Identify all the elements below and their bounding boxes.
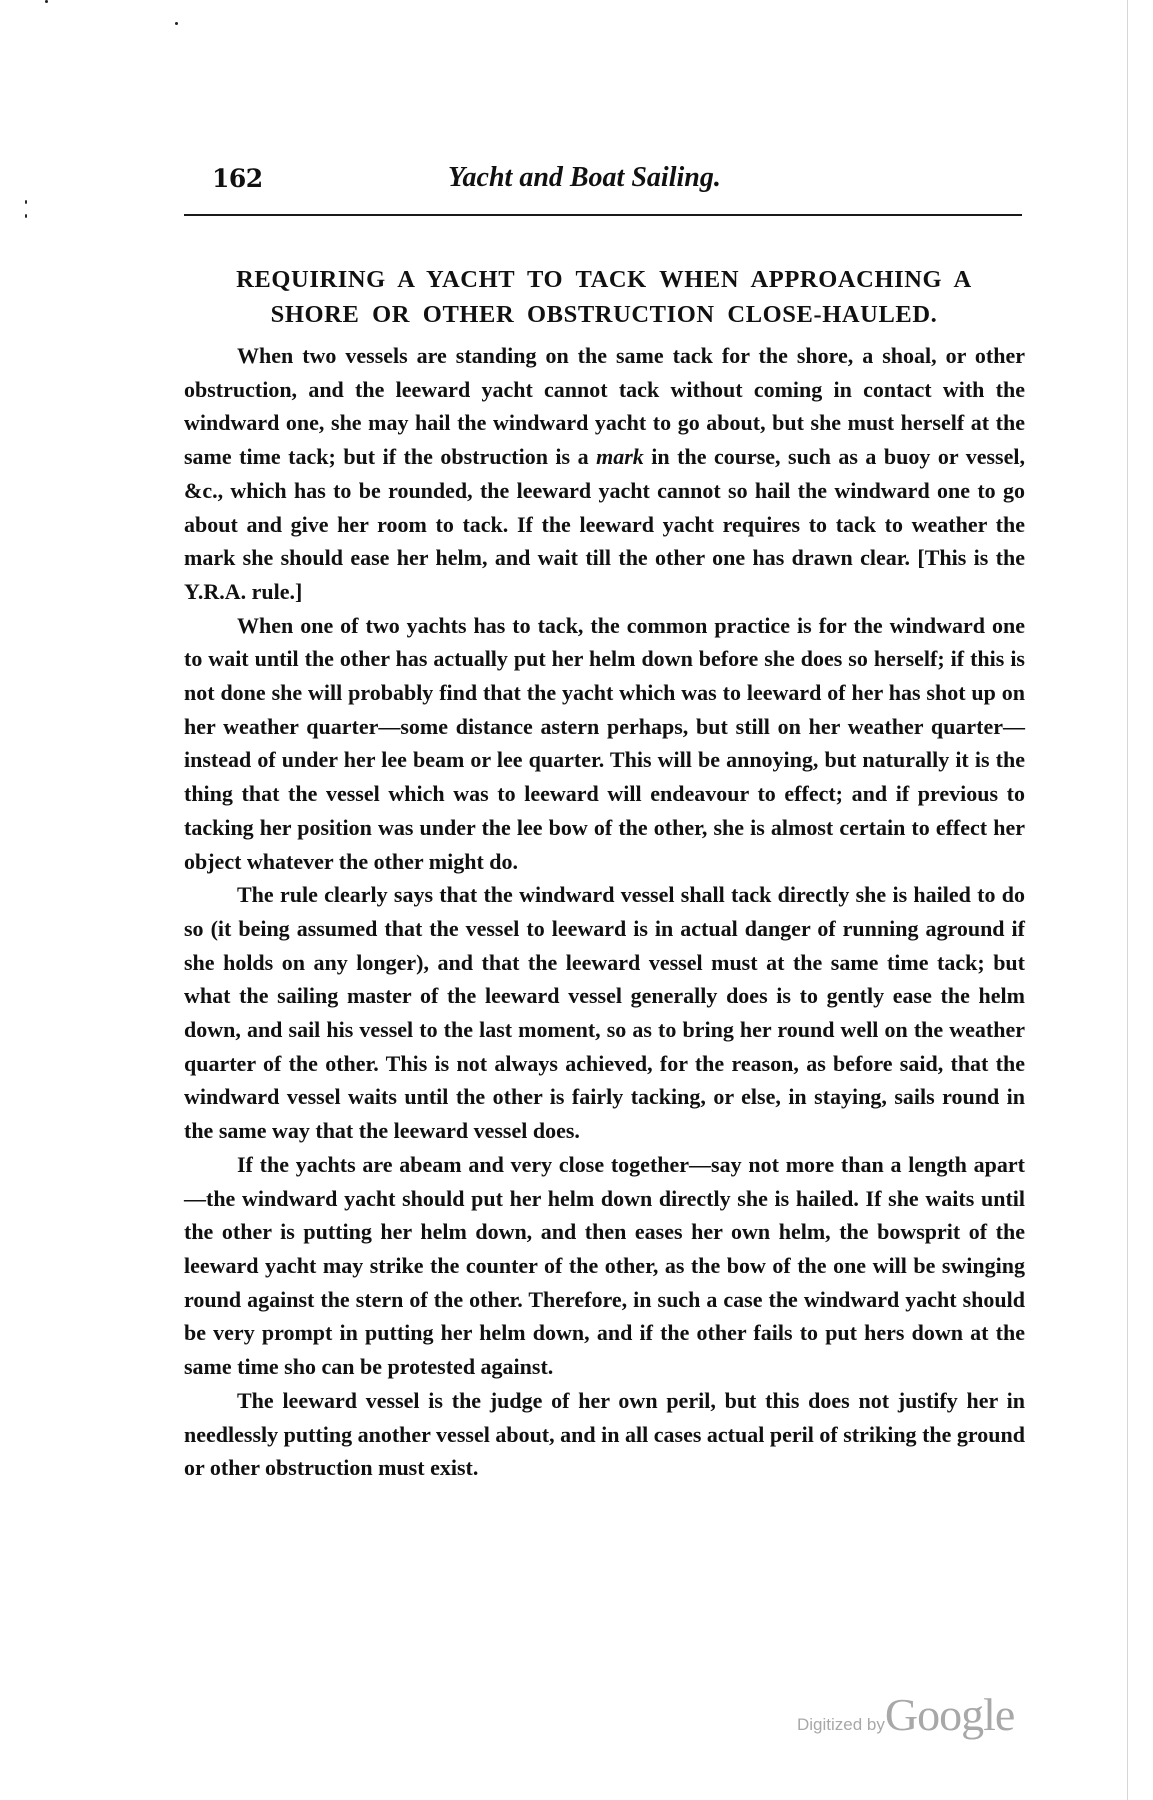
body-text: When two vessels are standing on the sam… <box>184 339 1025 1485</box>
paragraph-3: The rule clearly says that the windward … <box>184 878 1025 1148</box>
watermark-prefix: Digitized by <box>797 1715 885 1734</box>
paragraph-1-emphasis: mark <box>596 444 644 469</box>
digitized-by-google-watermark: Digitized byGoogle <box>797 1688 1014 1741</box>
section-heading-line-1: REQUIRING A YACHT TO TACK WHEN APPROACHI… <box>184 262 1024 297</box>
scan-speck <box>25 200 27 204</box>
section-heading: REQUIRING A YACHT TO TACK WHEN APPROACHI… <box>184 262 1024 332</box>
running-title: Yacht and Boat Sailing. <box>448 162 721 194</box>
scan-speck <box>175 22 178 25</box>
paragraph-2: When one of two yachts has to tack, the … <box>184 609 1025 879</box>
scan-speck <box>25 214 27 218</box>
google-logo-text: Google <box>885 1689 1014 1740</box>
paragraph-1: When two vessels are standing on the sam… <box>184 339 1025 609</box>
header-rule <box>184 214 1022 216</box>
page-number: 162 <box>212 164 263 193</box>
page-edge-line <box>1127 0 1128 1800</box>
paragraph-4: If the yachts are abeam and very close t… <box>184 1148 1025 1384</box>
scan-speck <box>45 0 48 3</box>
section-heading-line-2: SHORE OR OTHER OBSTRUCTION CLOSE-HAULED. <box>184 297 1024 332</box>
paragraph-5: The leeward vessel is the judge of her o… <box>184 1384 1025 1485</box>
